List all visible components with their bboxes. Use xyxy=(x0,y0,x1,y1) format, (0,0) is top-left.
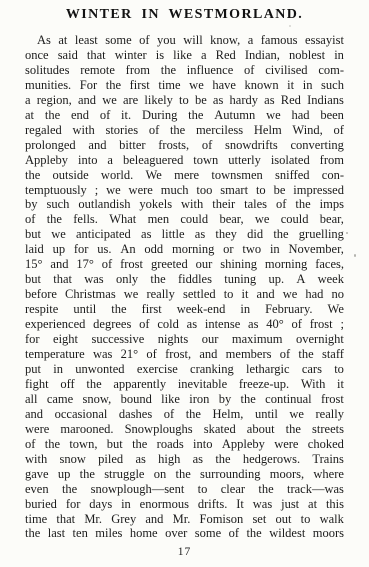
text-line: laidupforus.AnoddmorningortwoinNovember, xyxy=(25,242,344,257)
text-line: munities.Forthefirsttimewehaveknownitins… xyxy=(25,78,344,93)
paragraph: Asatleastsomeofyouwillknow,afamousessayi… xyxy=(25,33,344,541)
text-line: timethatMr.GreyandMr.Fomisonsetouttowalk xyxy=(25,512,344,527)
text-line: allcamesnow,boundlikeironbythecontinualf… xyxy=(25,392,344,407)
text-line: withsnowpiledashighasthehedgerows.Trains xyxy=(25,452,344,467)
page-title: WINTER IN WESTMORLAND. xyxy=(25,7,344,23)
page-number: 17 xyxy=(0,546,369,558)
text-line: temperaturewas21°offrost,andmembersofthe… xyxy=(25,347,344,362)
text-line: eventhesnowplough—senttoclearthetrack—wa… xyxy=(25,482,344,497)
scan-speck xyxy=(346,232,348,234)
text-line: fightofftheapparentlyinevitablefreeze-up… xyxy=(25,377,344,392)
text-line: Applebyintoabeleagueredtownutterlyisolat… xyxy=(25,153,344,168)
text-line: beforeChristmaswereallysettledtoitandweh… xyxy=(25,287,344,302)
text-line: aregion,andwearelikelytobeashardyasRedIn… xyxy=(25,93,344,108)
text-line: ofthetown,buttheroadsintoApplebywerechok… xyxy=(25,437,344,452)
text-line: prolongedandbitterfrosts,ofsnowdriftscon… xyxy=(25,138,344,153)
text-line: weremarooned.Snowploughsskatedaboutthest… xyxy=(25,422,344,437)
text-line: butthatwasonlythefiddlestuningup.Aweek xyxy=(25,272,344,287)
text-line: oncesaidthatwinterislikeaRedIndian,noble… xyxy=(25,48,344,63)
text-line: respiteuntilthefirstweek-endinFebruary.W… xyxy=(25,302,344,317)
text-line: bysuchoutlandishyokelswiththeirtalesofth… xyxy=(25,197,344,212)
text-line: putinunwontedexercisecrankinglethargicca… xyxy=(25,362,344,377)
text-line: buriedfordaysinenormousdrifts.Itwasjusta… xyxy=(25,497,344,512)
text-line: gaveupthestruggleonthesurroundingmoors,w… xyxy=(25,467,344,482)
text-line: solitudesremotefromtheinfluenceofcivilis… xyxy=(25,63,344,78)
text-line: thelasttenmileshomeoversomeofthewildestm… xyxy=(25,526,344,541)
text-line: experienceddegreesofcoldasintenseas40°of… xyxy=(25,317,344,332)
text-line: andoccasionaldashesoftheHelm,untilwereal… xyxy=(25,407,344,422)
text-line: ofthefells.Whatmencouldbear,wecouldbear, xyxy=(25,212,344,227)
text-line: foreightsuccessivenightsourmaximumoverni… xyxy=(25,332,344,347)
text-line: butweanticipatedaslittleastheydidthegrue… xyxy=(25,227,344,242)
scan-speck xyxy=(289,25,291,27)
book-page: WINTER IN WESTMORLAND. Asatleastsomeofyo… xyxy=(0,0,369,567)
text-line: Asatleastsomeofyouwillknow,afamousessayi… xyxy=(25,33,344,48)
text-line: 15°and17°offrostgreetedourshiningmorning… xyxy=(25,257,344,272)
text-line: temptuously;weweremuchtoosmarttobeimpres… xyxy=(25,183,344,198)
text-line: theoutsideworld.Wemeretownsmensniffedcon… xyxy=(25,168,344,183)
text-line: attheendofit.DuringtheAutumnwehadbeen xyxy=(25,108,344,123)
scan-speck xyxy=(354,254,356,257)
text-line: regaledwithstoriesofthemercilessHelmWind… xyxy=(25,123,344,138)
